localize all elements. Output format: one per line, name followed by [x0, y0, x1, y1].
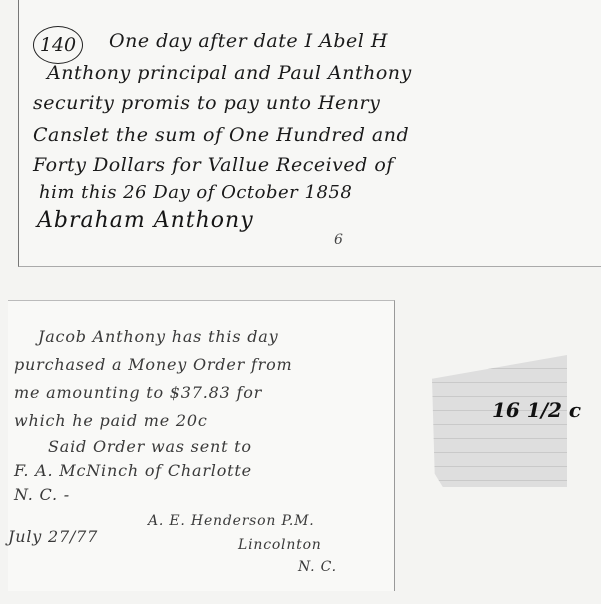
signature-mark: 6	[334, 232, 343, 248]
receipt-line-2: purchased a Money Order from	[14, 355, 293, 374]
note-line-4: Canslet the sum of One Hundred and	[33, 124, 409, 146]
fragment-amount: 16 1/2 c	[492, 398, 581, 422]
receipt-line-1: Jacob Anthony has this day	[38, 327, 278, 346]
note-line-5: Forty Dollars for Vallue Received of	[33, 154, 394, 176]
note-number-circled: 140	[33, 26, 83, 64]
signature: Abraham Anthony	[37, 208, 254, 233]
receipt-line-4: which he paid me 20c	[14, 411, 208, 430]
note-line-3: security promis to pay unto Henry	[33, 92, 380, 114]
note-line-6: him this 26 Day of October 1858	[39, 182, 352, 203]
receipt-line-7: N. C. -	[14, 485, 70, 504]
document-page: 140 One day after date I Abel H Anthony …	[0, 0, 601, 604]
note-line-1: One day after date I Abel H	[109, 30, 388, 52]
money-order-receipt: Jacob Anthony has this day purchased a M…	[8, 300, 395, 591]
receipt-line-5: Said Order was sent to	[48, 437, 252, 456]
receipt-location-town: Lincolnton	[238, 537, 322, 553]
receipt-location-state: N. C.	[298, 559, 337, 575]
receipt-line-6: F. A. McNinch of Charlotte	[14, 461, 252, 480]
promissory-note: 140 One day after date I Abel H Anthony …	[18, 0, 601, 267]
receipt-date: July 27/77	[8, 527, 98, 546]
receipt-line-3: me amounting to $37.83 for	[14, 383, 262, 402]
note-line-2: Anthony principal and Paul Anthony	[47, 62, 412, 84]
postmaster-signature: A. E. Henderson P.M.	[148, 513, 314, 529]
